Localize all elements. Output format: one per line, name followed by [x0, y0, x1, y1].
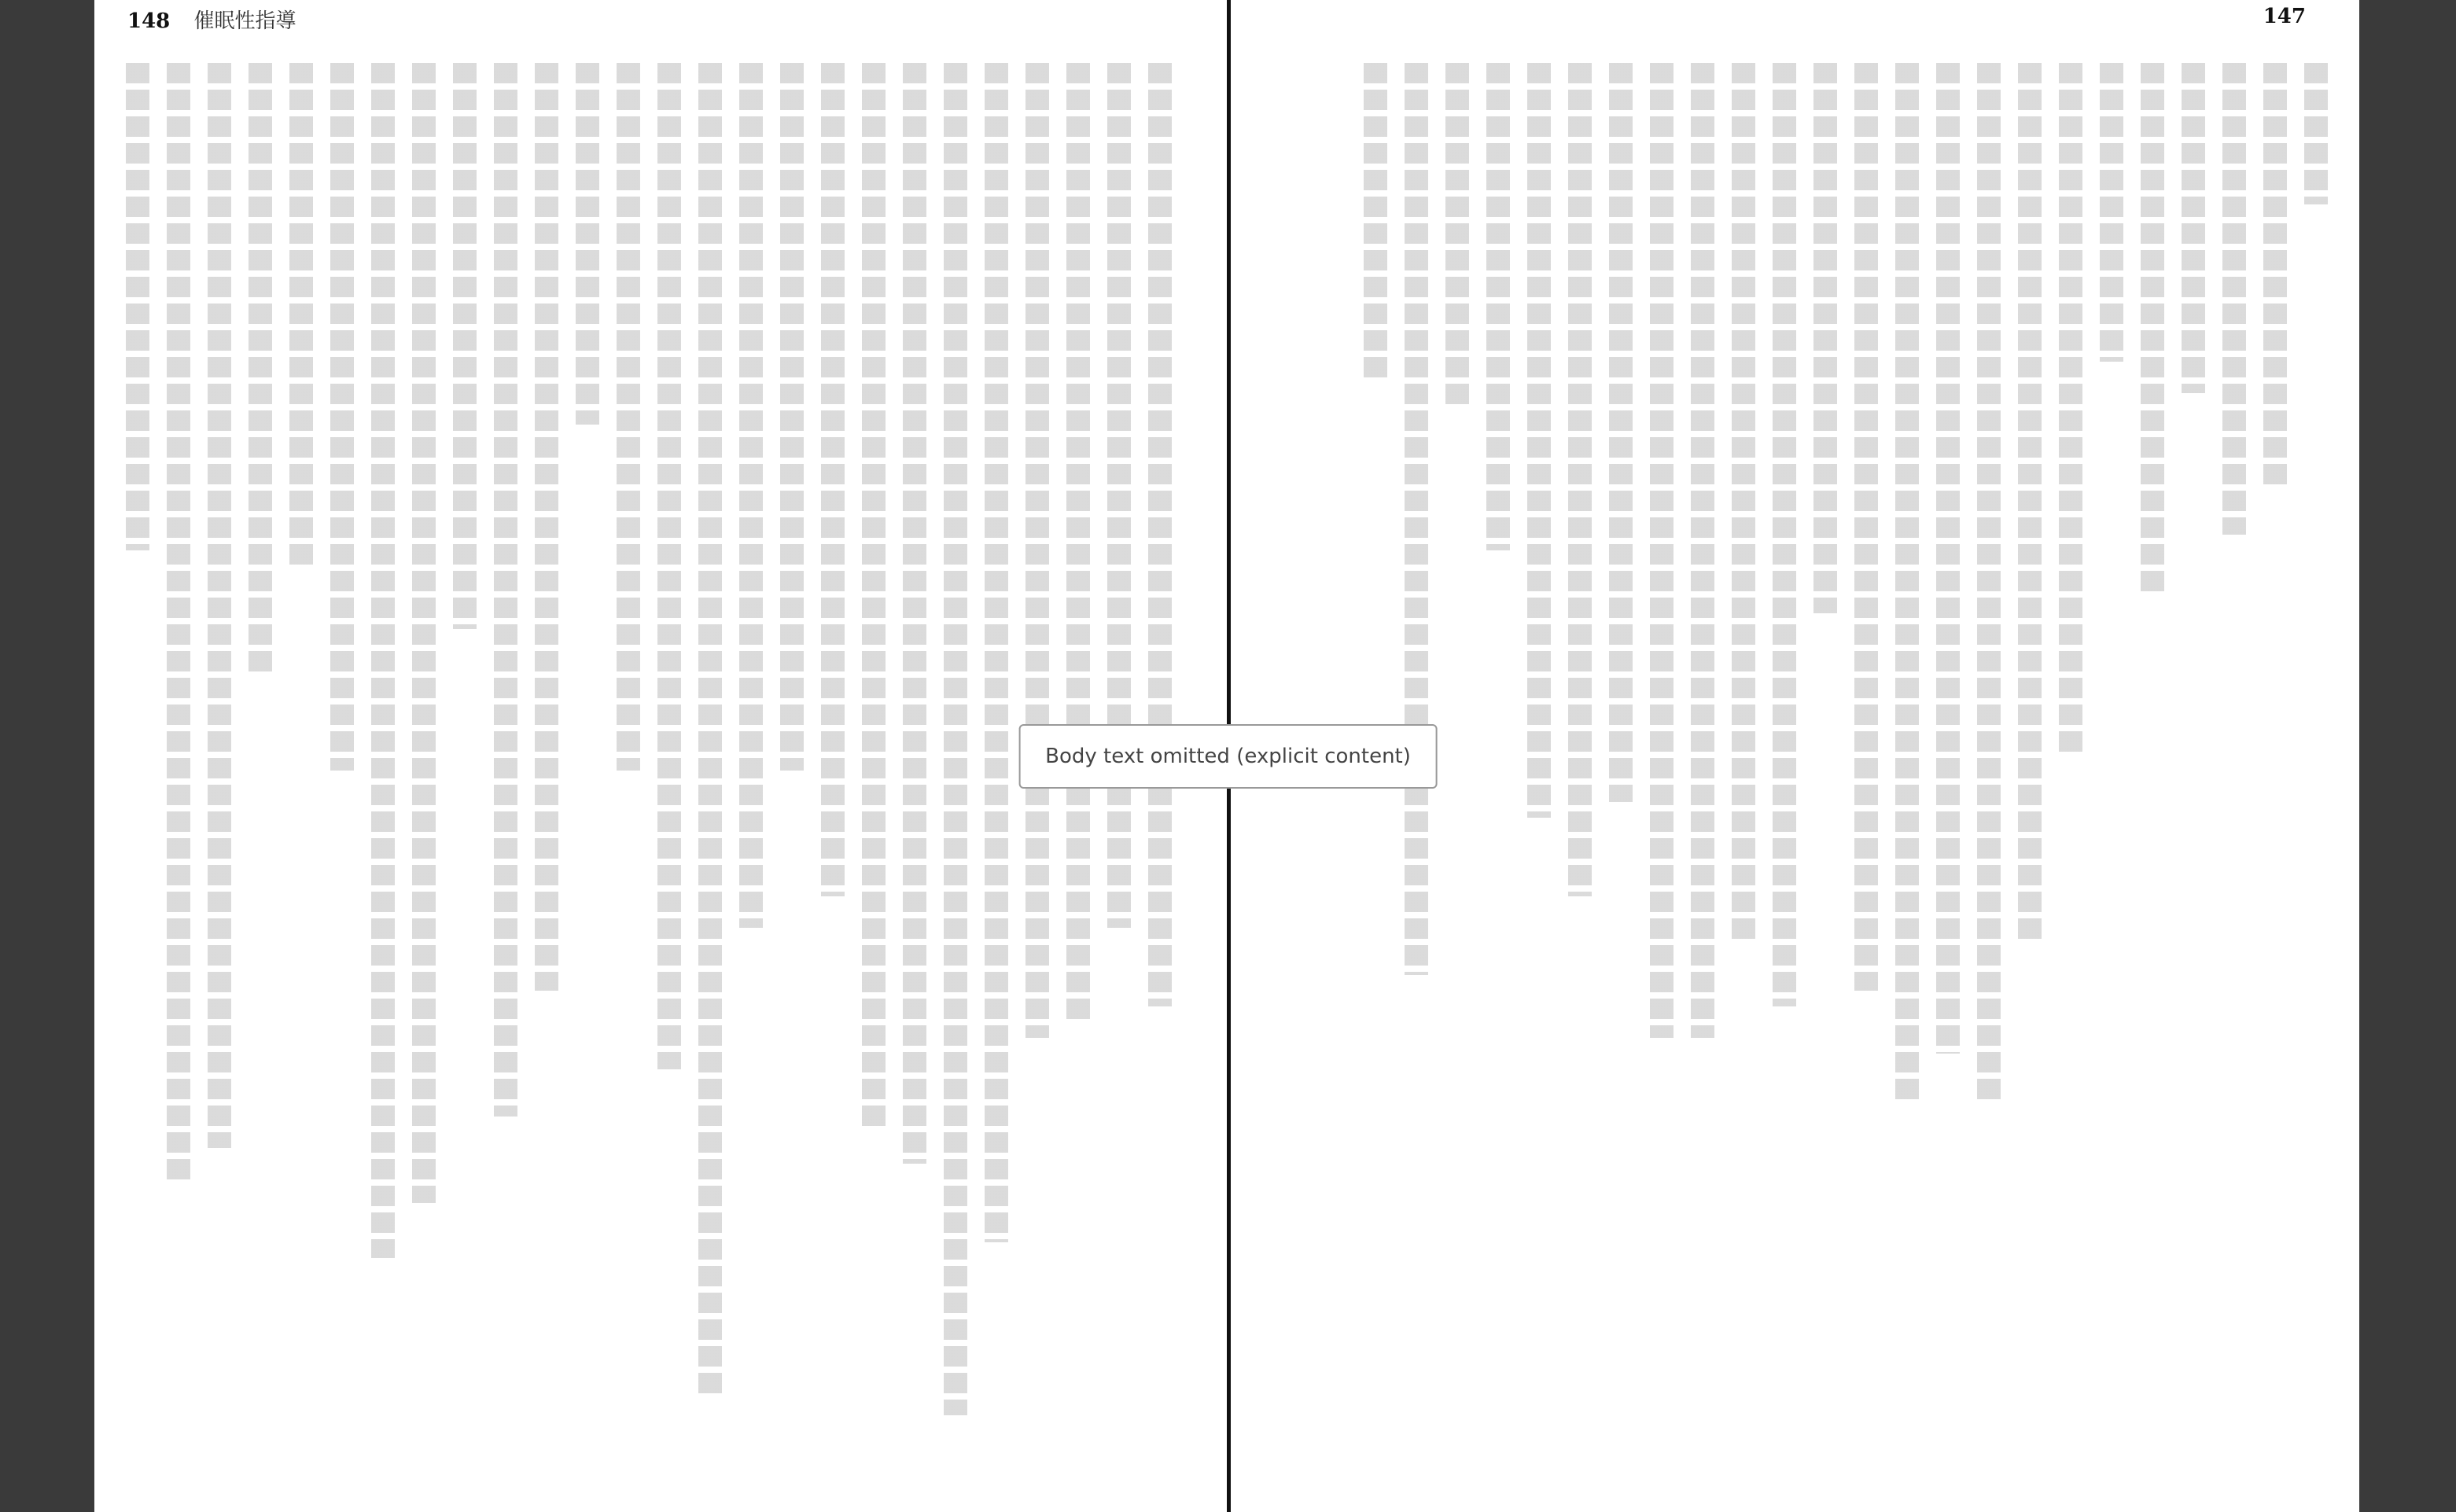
text-column [1527, 63, 1551, 818]
text-column [698, 63, 722, 1400]
text-column [289, 63, 313, 566]
text-column [1813, 63, 1837, 613]
text-column [126, 63, 149, 550]
text-column [1650, 63, 1674, 1038]
text-column [208, 63, 231, 1148]
text-column [617, 63, 640, 771]
left-page-header: 148 催眠性指導 [127, 5, 296, 34]
text-column [412, 63, 436, 1203]
text-column [1977, 63, 2001, 1101]
text-column [2100, 63, 2123, 362]
text-columns [1364, 63, 2328, 1101]
text-column [249, 63, 272, 676]
text-column [494, 63, 517, 1117]
text-column [535, 63, 558, 991]
text-column [1107, 63, 1131, 928]
text-column [453, 63, 477, 629]
text-column [2182, 63, 2205, 393]
text-column [2263, 63, 2287, 487]
text-column [780, 63, 804, 771]
content-notice: Body text omitted (explicit content) [1018, 724, 1438, 789]
text-column [739, 63, 763, 928]
text-column [1895, 63, 1919, 1101]
text-column [2141, 63, 2164, 598]
text-column [371, 63, 395, 1258]
text-column [2059, 63, 2082, 755]
text-column [2304, 63, 2328, 204]
text-column [1773, 63, 1796, 1006]
text-column [1936, 63, 1960, 1054]
text-column [821, 63, 845, 896]
text-columns [126, 63, 1172, 1415]
running-title: 催眠性指導 [194, 9, 296, 33]
text-column [1066, 63, 1090, 1022]
text-column [903, 63, 926, 1164]
text-column [944, 63, 967, 1415]
text-column [330, 63, 354, 771]
right-page-header: 147 [2263, 5, 2323, 28]
page-number: 147 [2263, 5, 2306, 28]
text-column [1568, 63, 1592, 896]
text-column [2018, 63, 2042, 944]
text-column [1445, 63, 1469, 409]
text-column [657, 63, 681, 1069]
text-column [862, 63, 886, 1132]
text-column [1854, 63, 1878, 991]
text-column [1405, 63, 1428, 975]
text-column [1364, 63, 1387, 377]
text-column [576, 63, 599, 425]
text-column [167, 63, 190, 1179]
text-column [1025, 63, 1049, 1038]
text-column [2222, 63, 2246, 535]
text-column [1609, 63, 1633, 802]
text-column [1691, 63, 1714, 1038]
text-column [1732, 63, 1755, 944]
text-column [985, 63, 1008, 1242]
text-column [1486, 63, 1510, 550]
page-number: 148 [127, 9, 170, 33]
text-column [1148, 63, 1172, 1006]
